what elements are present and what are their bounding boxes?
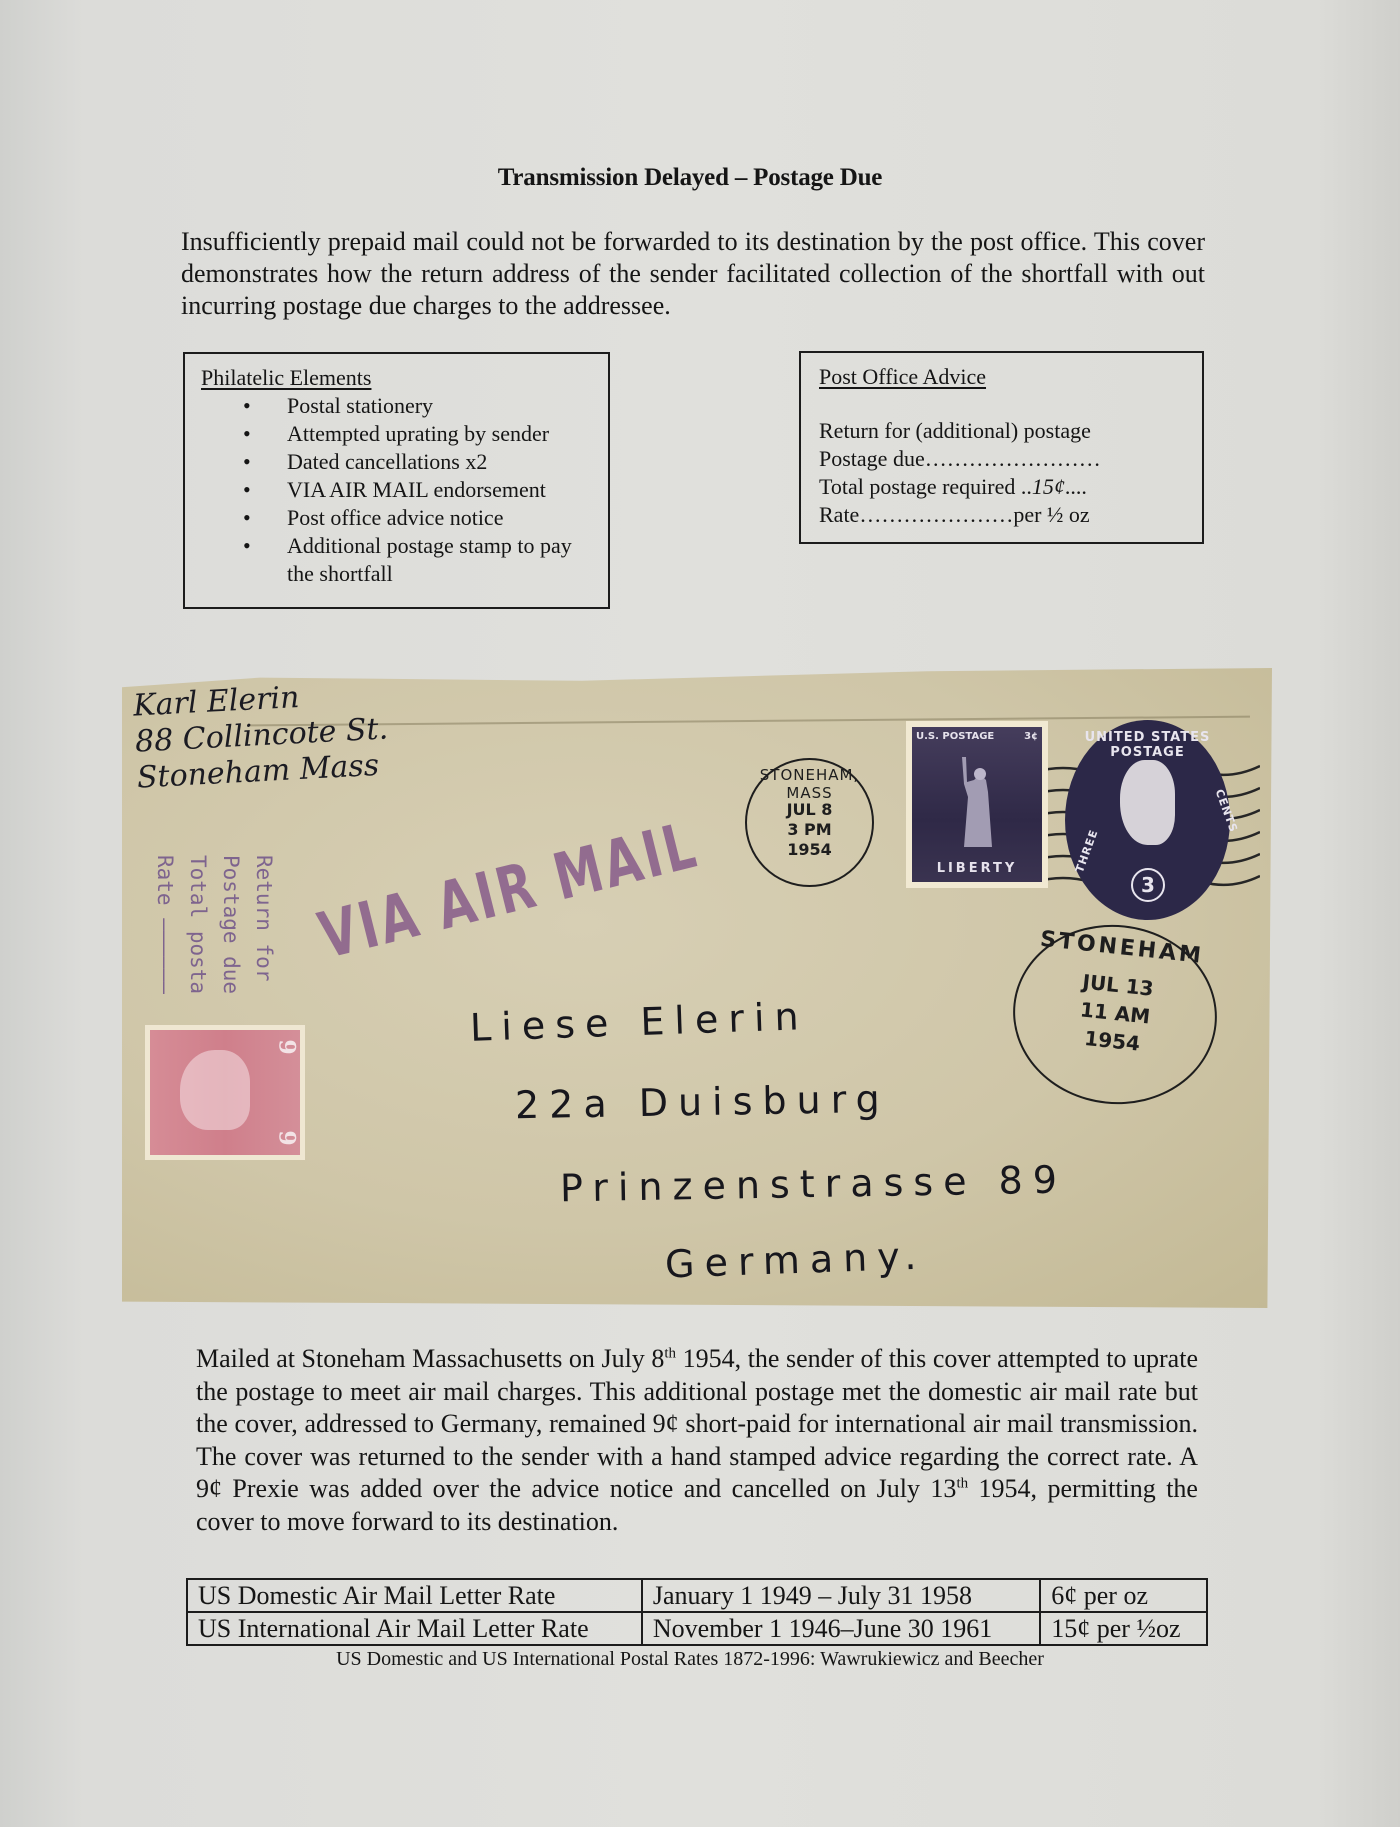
list-item: Attempted uprating by sender: [201, 420, 592, 448]
stamp-value: 9: [273, 1130, 299, 1145]
postmark-year: 1954: [747, 840, 872, 860]
list-item: Postal stationery: [201, 392, 592, 420]
philatelic-elements-list: Postal stationery Attempted uprating by …: [201, 392, 592, 588]
advice-line: Total postage required ..15¢....: [819, 473, 1184, 501]
advice-label: Rate…………………per ½ oz: [819, 502, 1090, 527]
handstamp-line: Postage due: [214, 855, 247, 994]
rate-period-cell: January 1 1949 – July 31 1958: [642, 1579, 1040, 1612]
rate-amount-cell: 6¢ per oz: [1040, 1579, 1207, 1612]
indicium-text: UNITED STATES POSTAGE: [1065, 730, 1230, 760]
advice-label: Return for (additional) postage: [819, 418, 1091, 443]
philatelic-elements-heading: Philatelic Elements: [201, 364, 592, 392]
cover-description: Mailed at Stoneham Massachusetts on July…: [196, 1343, 1198, 1538]
postal-rates-table: US Domestic Air Mail Letter Rate January…: [186, 1578, 1208, 1646]
post-office-advice-box: Post Office Advice Return for (additiona…: [799, 351, 1204, 544]
rates-citation: US Domestic and US International Postal …: [0, 1648, 1380, 1671]
stamp-caption: LIBERTY: [912, 861, 1042, 876]
rate-name-cell: US International Air Mail Letter Rate: [187, 1612, 642, 1645]
list-item: Post office advice notice: [201, 504, 592, 532]
intro-paragraph: Insufficiently prepaid mail could not be…: [181, 226, 1205, 322]
indicium-left-text: THREE: [1073, 828, 1101, 875]
stamp-value: 3¢: [1024, 731, 1038, 742]
advice-line: Postage due……………………: [819, 445, 1184, 473]
advice-total-value: 15¢: [1032, 474, 1065, 499]
prexie-9c-stamp: 9 9: [145, 1025, 305, 1160]
statue-of-liberty-icon: [952, 752, 1002, 852]
postal-stationery-indicium: UNITED STATES POSTAGE THREE CENTS 3: [1065, 720, 1230, 920]
sender-address: Karl Elerin 88 Collincote St. Stoneham M…: [132, 675, 390, 796]
advice-line: Rate…………………per ½ oz: [819, 501, 1184, 529]
list-item: Dated cancellations x2: [201, 448, 592, 476]
handstamp-line: Rate ——————: [148, 855, 181, 994]
postmark-date: JUL 8: [747, 800, 872, 820]
recipient-country: Germany.: [664, 1233, 927, 1286]
postmark-time: 3 PM: [747, 820, 872, 840]
recipient-city: 22a Duisburg: [515, 1077, 890, 1128]
portrait-icon: [180, 1050, 250, 1130]
stamp-value: 9: [273, 1039, 299, 1054]
page-title: Transmission Delayed – Postage Due: [0, 164, 1380, 192]
list-item: VIA AIR MAIL endorsement: [201, 476, 592, 504]
postmark-town: STONEHAM, MASS: [747, 766, 872, 802]
list-item: Additional postage stamp to pay the shor…: [201, 532, 592, 588]
philatelic-elements-box: Philatelic Elements Postal stationery At…: [183, 352, 610, 609]
stamp-country: U.S. POSTAGE: [916, 731, 994, 742]
rate-amount-cell: 15¢ per ½oz: [1040, 1612, 1207, 1645]
desc-text: Mailed at Stoneham Massachusetts on July…: [196, 1344, 664, 1373]
recipient-street: Prinzenstrasse 89: [560, 1158, 1068, 1211]
post-office-advice-heading: Post Office Advice: [819, 363, 1184, 391]
liberty-3c-stamp: U.S. POSTAGE 3¢ LIBERTY: [906, 721, 1048, 888]
rate-name-cell: US Domestic Air Mail Letter Rate: [187, 1579, 642, 1612]
rate-period-cell: November 1 1946–June 30 1961: [642, 1612, 1040, 1645]
advice-label: Postage due……………………: [819, 446, 1101, 471]
advice-suffix: ....: [1065, 474, 1087, 499]
washington-profile-icon: [1120, 760, 1175, 845]
table-row: US International Air Mail Letter Rate No…: [187, 1612, 1207, 1645]
desc-ordinal: th: [664, 1345, 676, 1361]
indicium-value: 3: [1131, 868, 1165, 902]
handstamp-line: Return for: [247, 855, 280, 994]
advice-label: Total postage required ..: [819, 474, 1032, 499]
handstamp-line: Total posta: [181, 855, 214, 994]
desc-ordinal: th: [956, 1475, 968, 1491]
postmark-jul-8: STONEHAM, MASS JUL 8 3 PM 1954: [745, 758, 874, 887]
table-row: US Domestic Air Mail Letter Rate January…: [187, 1579, 1207, 1612]
advice-line: Return for (additional) postage: [819, 417, 1184, 445]
